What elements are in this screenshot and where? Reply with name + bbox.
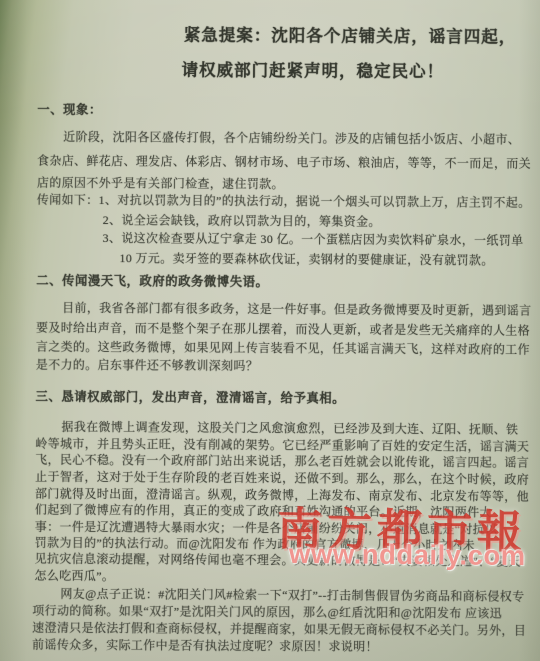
rumor-list-intro-line: 传闻如下：1、对抗以罚款为目的”的执法行动，据说一个烟头可以罚款上万，店主罚不起…: [37, 191, 531, 211]
section-2-paragraph-line: 要及时给出声音，而不是整个架子在那儿摆着，而没人更新，或者是发些无关痛痒的人生格: [36, 319, 530, 339]
section-2-paragraph-line: 是不力的。启东事件还不够教训深刻吗？: [36, 356, 258, 374]
document-page: 紧急提案：沈阳各个店铺关店，谣言四起， 请权威部门赶紧声明，稳定民心！ 一、现象…: [0, 0, 540, 661]
section-1-paragraph-line: 近阶段，沈阳各区盛传打假，各个店铺纷纷关门。涉及的店铺包括小饭店、小超市、: [63, 128, 520, 148]
section-2-heading: 二、传闻漫天飞，政府的政务微博失语。: [36, 271, 268, 290]
page-title-line-2: 请权威部门赶紧声明，稳定民心！: [182, 56, 445, 82]
rumor-intro-label: 传闻如下：: [37, 193, 99, 207]
section-1-heading: 一、现象：: [37, 100, 102, 118]
rumor-item-3: 3、说这次检查要从辽宁拿走 30 亿。一个蛋糕店因为卖饮料矿泉水，一纸罚单: [103, 229, 524, 249]
rumor-item-3-continued: 10 万元。卖牙签的要森林砍伐证，卖钢材的要健康证，没有就罚款。: [119, 249, 493, 268]
rumor-item-2: 2、说全运会缺钱，政府以罚款为目的，筹集资金。: [103, 211, 381, 230]
page-title-line-1: 紧急提案：沈阳各个店铺关店，谣言四起，: [184, 21, 517, 47]
rumor-item-1: 1、对抗以罚款为目的”的执法行动，据说一个烟头可以罚款上万，店主罚不起。: [99, 193, 531, 210]
document-photo: 紧急提案：沈阳各个店铺关店，谣言四起， 请权威部门赶紧声明，稳定民心！ 一、现象…: [0, 0, 540, 661]
section-1-paragraph-line: 食杂店、鲜花店、理发店、体彩店、钢材市场、电子市场、粮油店，等等，不一而足，而关: [37, 152, 531, 172]
netizen-paragraph-line: 前谣传众多，实际工作中是否有执法过度呢？求原因！求说明！: [32, 636, 378, 655]
section-1-paragraph-line: 店的原因不外乎是有关部门检查，逮住罚款。: [37, 174, 284, 193]
section-2-paragraph-line: 言之类的。这些政务微博，如果见网上传言装看不见，任其谣言满天飞，这样对政府的工作: [36, 338, 530, 358]
section-2-paragraph-line: 目前，我省各部门都有很多政务，这是一件好事。但是政务微博要及时更新，遇到谣言: [62, 299, 531, 319]
section-3-paragraph-line: 怎么吃西瓜”。: [34, 567, 114, 584]
section-3-heading: 三、恳请权威部门，发出声音，澄清谣言，给予真相。: [36, 387, 346, 407]
